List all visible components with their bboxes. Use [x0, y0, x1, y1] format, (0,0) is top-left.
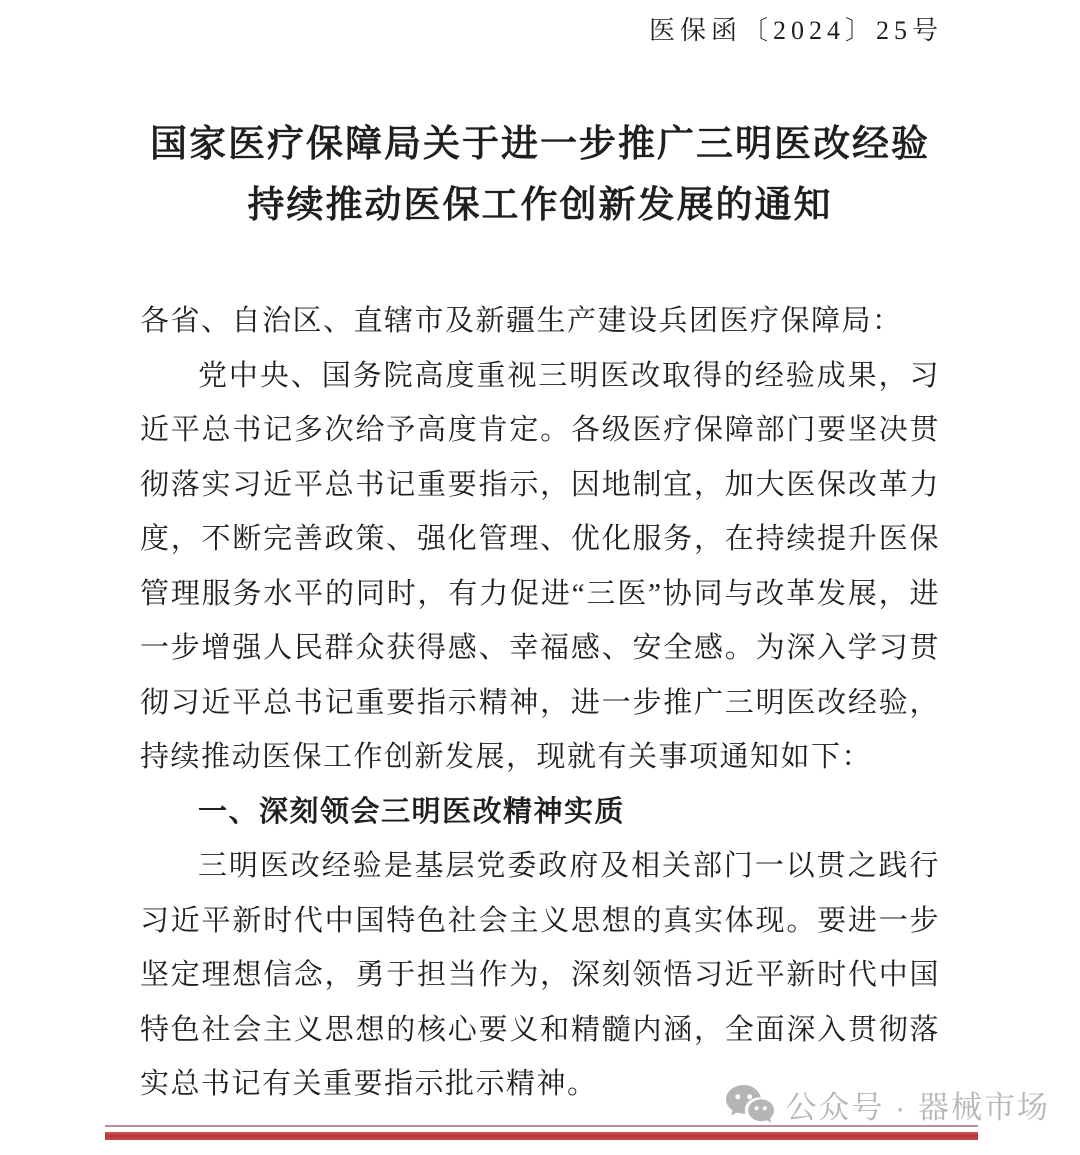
watermark: 公众号 · 器械市场	[725, 1082, 1050, 1127]
document-body: 各省、自治区、直辖市及新疆生产建设兵团医疗保障局： 党中央、国务院高度重视三明医…	[140, 294, 940, 1112]
doc-number: 医保函〔2024〕25号	[649, 10, 943, 47]
title-line-1: 国家医疗保障局关于进一步推广三明医改经验	[0, 114, 1080, 175]
wechat-icon	[725, 1084, 775, 1126]
watermark-text: 公众号 · 器械市场	[785, 1082, 1050, 1127]
paragraph-1: 党中央、国务院高度重视三明医改取得的经验成果，习近平总书记多次给予高度肯定。各级…	[140, 349, 940, 785]
paragraph-2: 三明医改经验是基层党委政府及相关部门一以贯之践行习近平新时代中国特色社会主义思想…	[140, 839, 940, 1112]
document-page: 医保函〔2024〕25号 国家医疗保障局关于进一步推广三明医改经验 持续推动医保…	[0, 0, 1080, 1155]
document-title: 国家医疗保障局关于进一步推广三明医改经验 持续推动医保工作创新发展的通知	[0, 114, 1080, 236]
section-1-heading: 一、深刻领会三明医改精神实质	[140, 785, 940, 840]
salutation: 各省、自治区、直辖市及新疆生产建设兵团医疗保障局：	[140, 294, 940, 349]
footer-rule-thick	[105, 1132, 978, 1140]
footer-rule-thin	[105, 1125, 978, 1127]
title-line-2: 持续推动医保工作创新发展的通知	[0, 175, 1080, 236]
